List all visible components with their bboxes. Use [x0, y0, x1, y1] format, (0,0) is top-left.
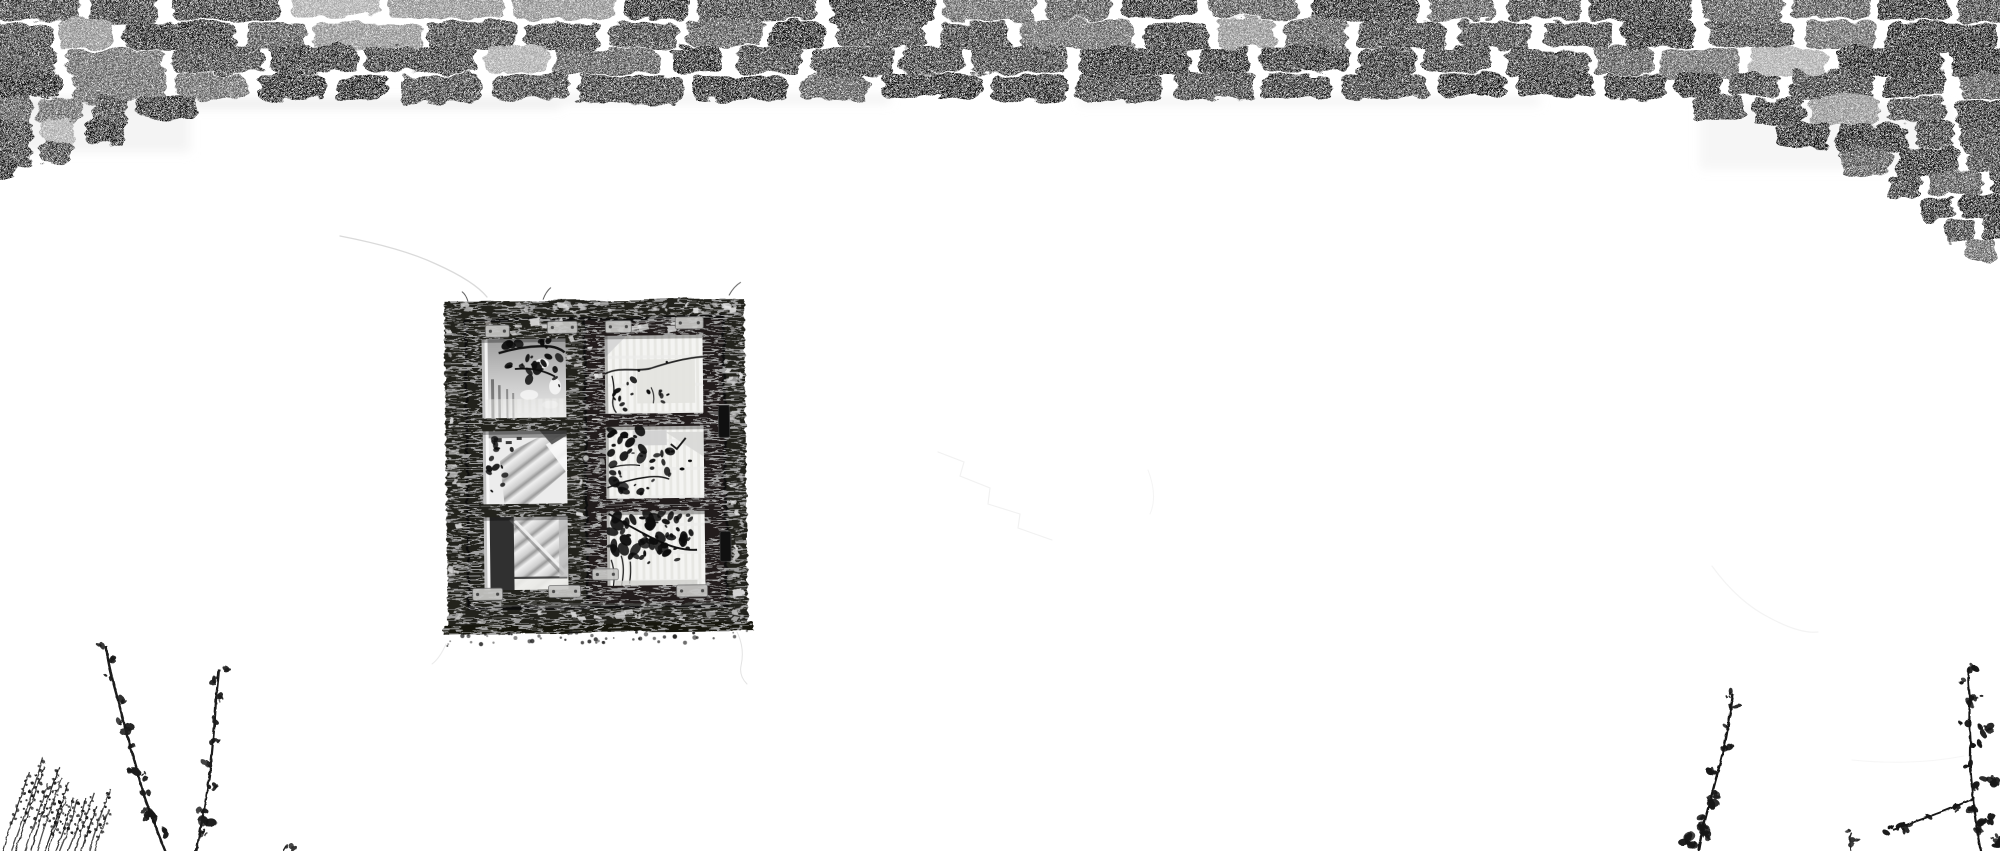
hinge-strap: [720, 531, 731, 561]
dark-band: [490, 517, 515, 590]
pane-l3-art: [484, 516, 570, 590]
bw-photo-window-wall: Black and white photograph: whitewashed …: [0, 0, 2000, 851]
window: [439, 282, 753, 648]
lace-hint: [485, 398, 565, 418]
hinge-strap: [718, 405, 729, 437]
curtain-patch: [637, 359, 696, 404]
scene: [0, 0, 2000, 851]
right-gray-band: [559, 516, 569, 577]
latch-knob: [583, 455, 589, 461]
